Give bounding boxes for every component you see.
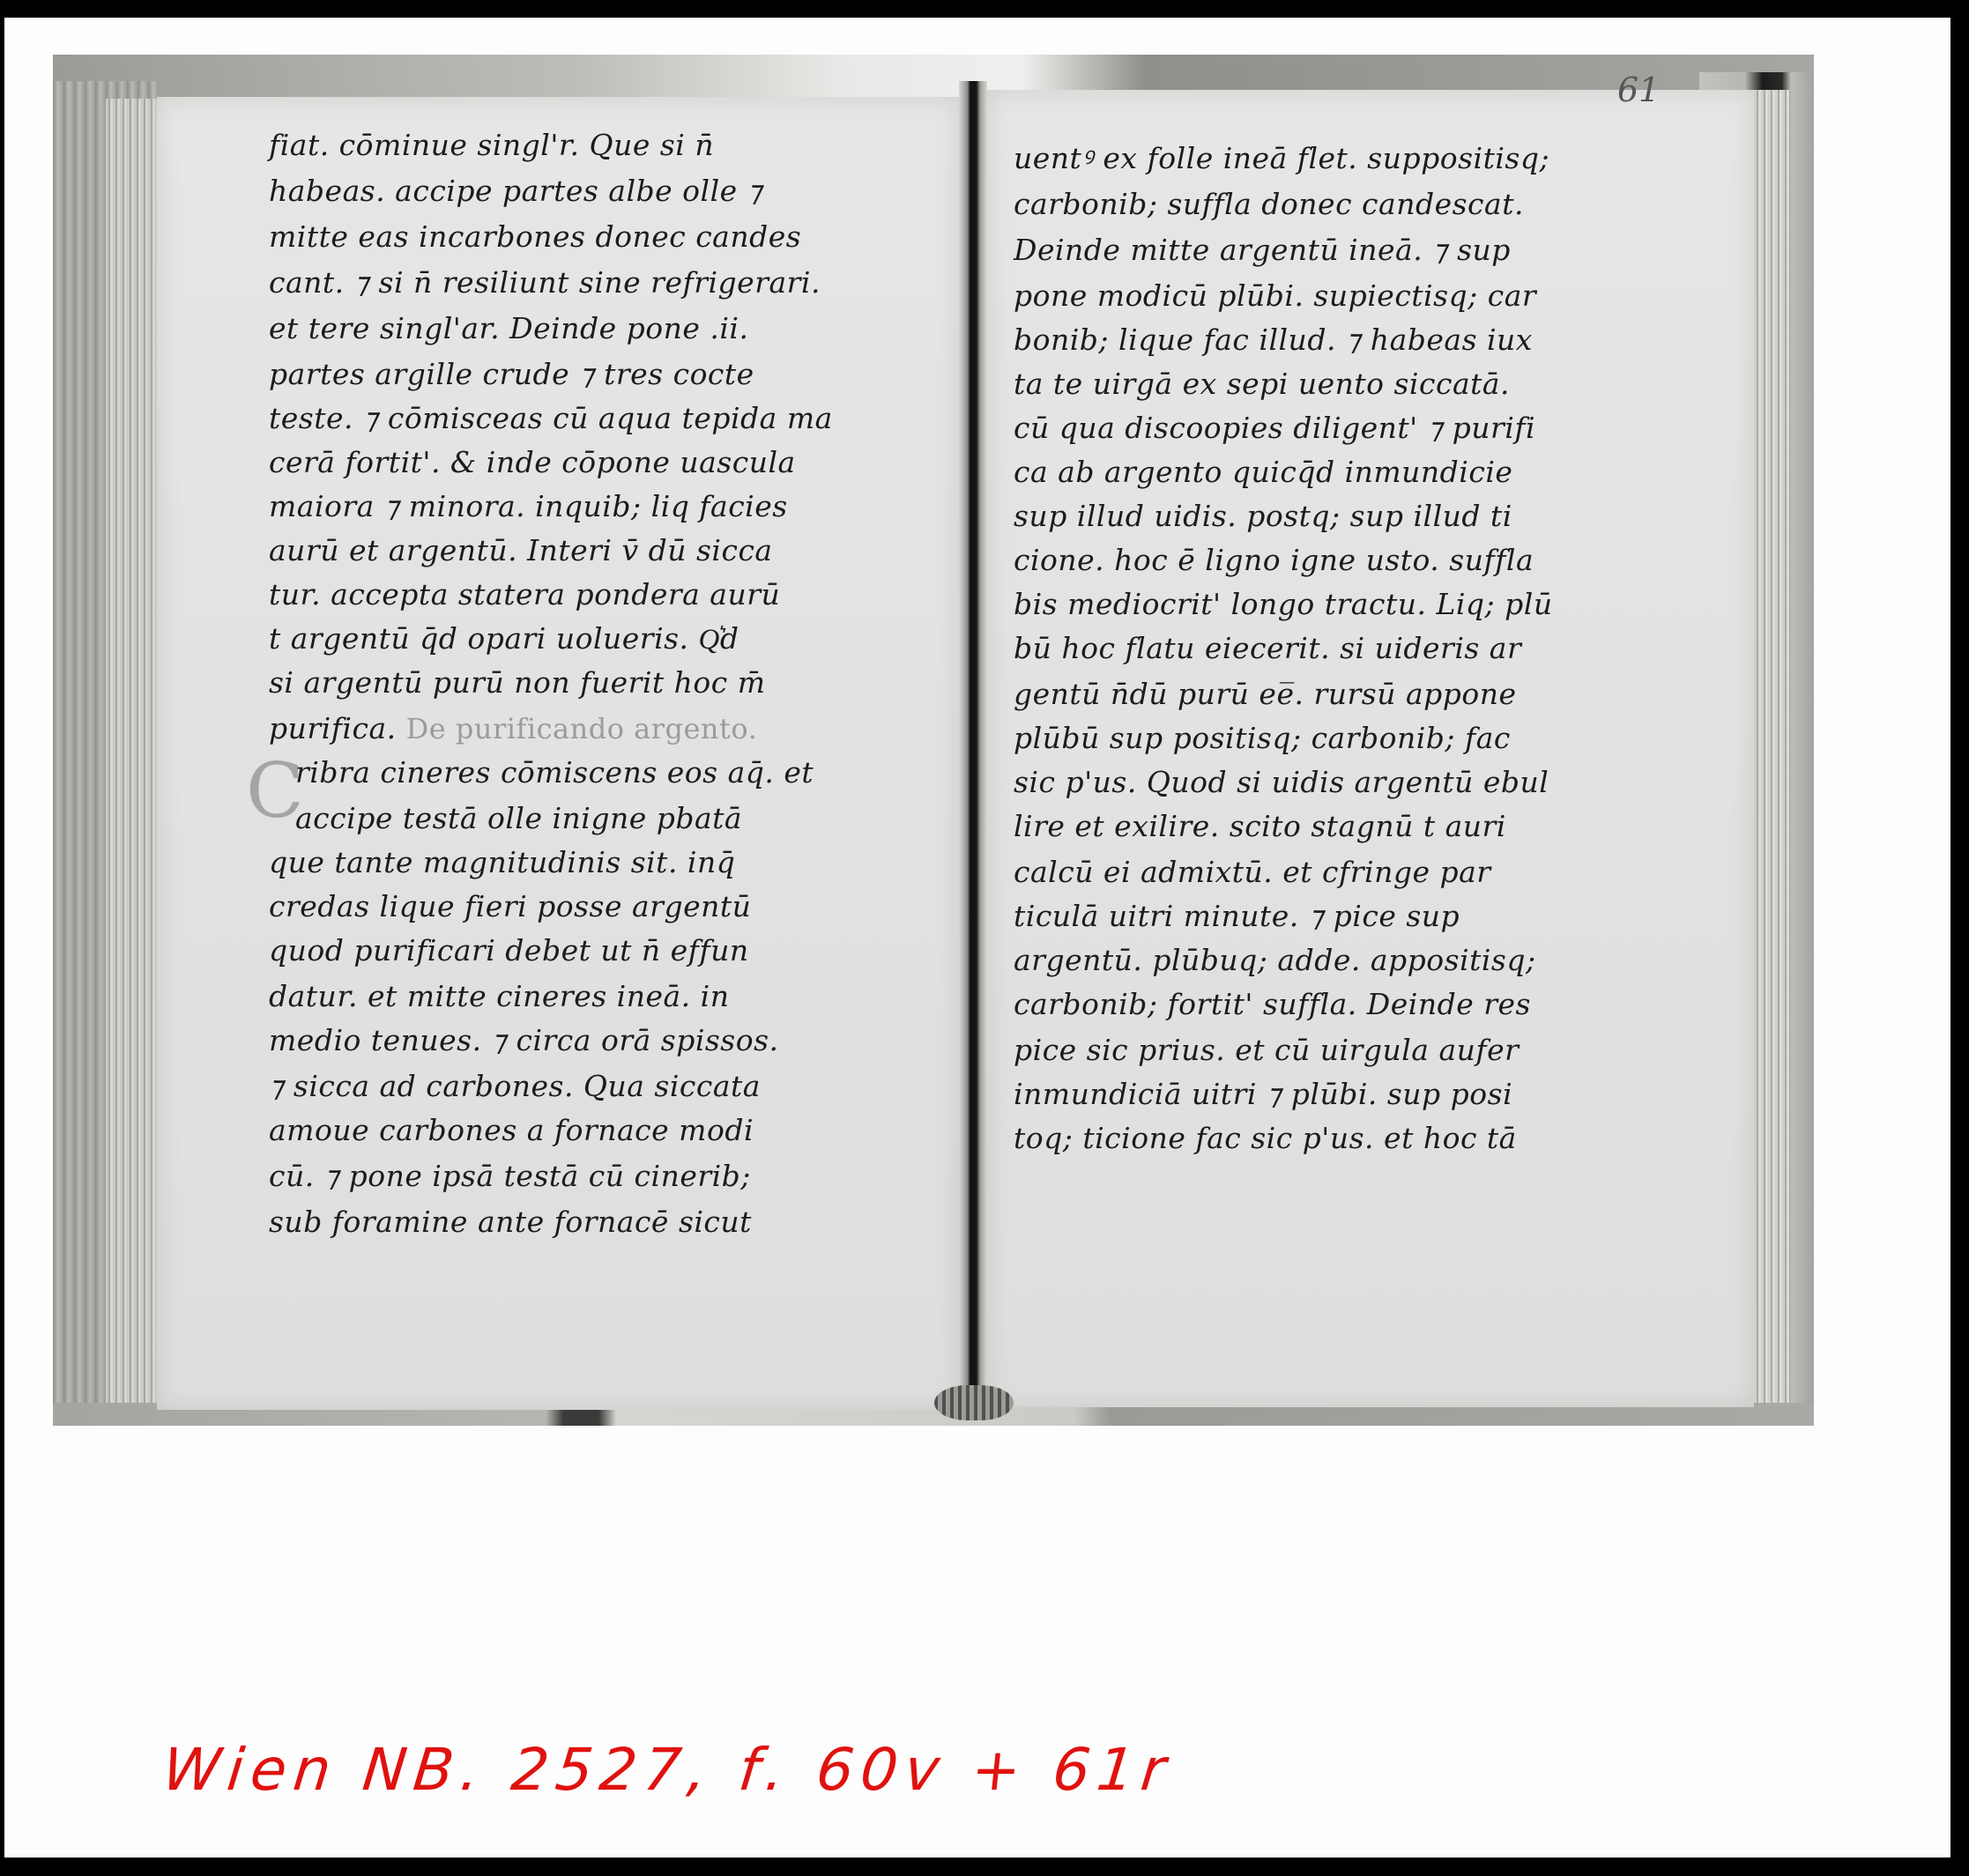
- handwritten-caption: Wien NB. 2527, f. 60v + 61r: [160, 1736, 1176, 1804]
- photo-print-sheet: fiat. cōminue singl'r. Que si n̄ habeas.…: [4, 18, 1950, 1857]
- text-line-end: purifica.: [269, 711, 397, 745]
- rubric-heading: De purificando argento.: [406, 712, 758, 745]
- page-edges-left: [106, 99, 157, 1403]
- folio-number: 61: [1617, 70, 1660, 109]
- book-gutter: [959, 81, 987, 1412]
- spine-headband: [934, 1385, 1014, 1420]
- page-edges-right: [1754, 90, 1789, 1403]
